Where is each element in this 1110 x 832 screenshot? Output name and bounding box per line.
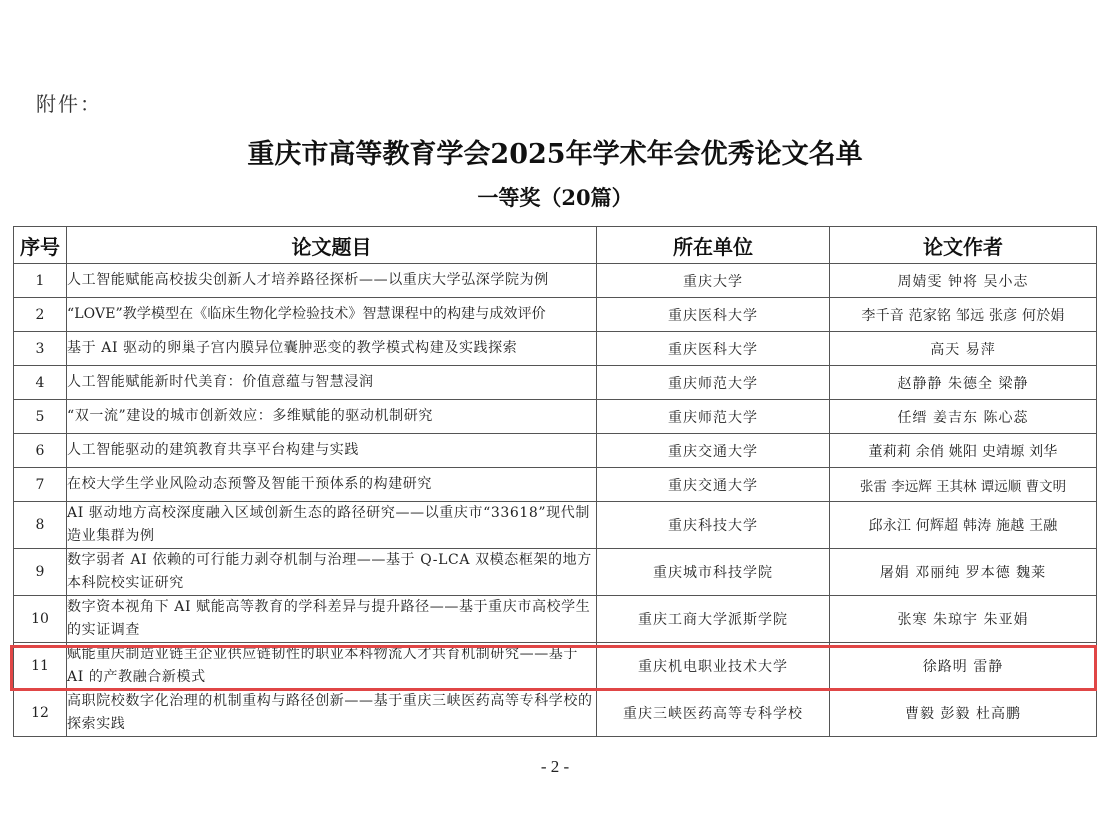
row-authors: 周婧雯 钟将 吴小志 — [830, 264, 1097, 298]
award-papers-table: 序号 论文题目 所在单位 论文作者 1 人工智能赋能高校拔尖创新人才培养路径探析… — [13, 226, 1097, 737]
row-institution: 重庆师范大学 — [597, 366, 830, 400]
row-serial-number: 7 — [14, 468, 67, 502]
award-category-subtitle: 一等奖（20篇） — [0, 182, 1110, 212]
row-paper-title: 数字资本视角下 AI 赋能高等教育的学科差异与提升路径——基于重庆市高校学生的实… — [67, 596, 597, 643]
row-serial-number: 11 — [14, 643, 67, 690]
table-row: 9 数字弱者 AI 依赖的可行能力剥夺机制与治理——基于 Q-LCA 双模态框架… — [14, 549, 1097, 596]
row-serial-number: 12 — [14, 690, 67, 737]
row-paper-title: AI 驱动地方高校深度融入区域创新生态的路径研究——以重庆市“33618”现代制… — [67, 502, 597, 549]
table-row: 12 高职院校数字化治理的机制重构与路径创新——基于重庆三峡医药高等专科学校的探… — [14, 690, 1097, 737]
row-authors: 高天 易萍 — [830, 332, 1097, 366]
row-authors: 赵静静 朱德全 梁静 — [830, 366, 1097, 400]
row-paper-title: “双一流”建设的城市创新效应：多维赋能的驱动机制研究 — [67, 400, 597, 434]
document-title: 重庆市高等教育学会2025年学术年会优秀论文名单 — [0, 132, 1110, 171]
row-institution: 重庆机电职业技术大学 — [597, 643, 830, 690]
row-authors: 董莉莉 余俏 姚阳 史靖塬 刘华 — [830, 434, 1097, 468]
table-row: 2 “LOVE”教学模型在《临床生物化学检验技术》智慧课程中的构建与成效评价 重… — [14, 298, 1097, 332]
attachment-label: 附件： — [36, 88, 102, 117]
row-institution: 重庆大学 — [597, 264, 830, 298]
row-serial-number: 5 — [14, 400, 67, 434]
row-authors: 任缙 姜吉东 陈心蕊 — [830, 400, 1097, 434]
row-serial-number: 10 — [14, 596, 67, 643]
row-authors: 李千音 范家铭 邹远 张彦 何於娟 — [830, 298, 1097, 332]
page-number: - 2 - — [0, 757, 1110, 777]
table-row: 3 基于 AI 驱动的卵巢子宫内膜异位囊肿恶变的教学模式构建及实践探索 重庆医科… — [14, 332, 1097, 366]
row-paper-title: 数字弱者 AI 依赖的可行能力剥夺机制与治理——基于 Q-LCA 双模态框架的地… — [67, 549, 597, 596]
table-row: 7 在校大学生学业风险动态预警及智能干预体系的构建研究 重庆交通大学 张雷 李远… — [14, 468, 1097, 502]
row-serial-number: 3 — [14, 332, 67, 366]
row-institution: 重庆三峡医药高等专科学校 — [597, 690, 830, 737]
table-row-highlighted: 11 赋能重庆制造业链主企业供应链韧性的职业本科物流人才共育机制研究——基于 A… — [14, 643, 1097, 690]
row-paper-title: 在校大学生学业风险动态预警及智能干预体系的构建研究 — [67, 468, 597, 502]
table-row: 6 人工智能驱动的建筑教育共享平台构建与实践 重庆交通大学 董莉莉 余俏 姚阳 … — [14, 434, 1097, 468]
header-institution: 所在单位 — [597, 227, 830, 264]
row-authors: 邱永江 何辉超 韩涛 施越 王融 — [830, 502, 1097, 549]
row-serial-number: 9 — [14, 549, 67, 596]
row-serial-number: 6 — [14, 434, 67, 468]
row-paper-title: 人工智能驱动的建筑教育共享平台构建与实践 — [67, 434, 597, 468]
row-paper-title: 基于 AI 驱动的卵巢子宫内膜异位囊肿恶变的教学模式构建及实践探索 — [67, 332, 597, 366]
row-institution: 重庆交通大学 — [597, 468, 830, 502]
row-paper-title: “LOVE”教学模型在《临床生物化学检验技术》智慧课程中的构建与成效评价 — [67, 298, 597, 332]
row-institution: 重庆城市科技学院 — [597, 549, 830, 596]
row-paper-title: 人工智能赋能新时代美育：价值意蕴与智慧浸润 — [67, 366, 597, 400]
row-serial-number: 8 — [14, 502, 67, 549]
row-serial-number: 1 — [14, 264, 67, 298]
row-institution: 重庆交通大学 — [597, 434, 830, 468]
table-row: 5 “双一流”建设的城市创新效应：多维赋能的驱动机制研究 重庆师范大学 任缙 姜… — [14, 400, 1097, 434]
table-row: 4 人工智能赋能新时代美育：价值意蕴与智慧浸润 重庆师范大学 赵静静 朱德全 梁… — [14, 366, 1097, 400]
table-row: 10 数字资本视角下 AI 赋能高等教育的学科差异与提升路径——基于重庆市高校学… — [14, 596, 1097, 643]
row-serial-number: 4 — [14, 366, 67, 400]
row-institution: 重庆工商大学派斯学院 — [597, 596, 830, 643]
header-serial-number: 序号 — [14, 227, 67, 264]
table-row: 1 人工智能赋能高校拔尖创新人才培养路径探析——以重庆大学弘深学院为例 重庆大学… — [14, 264, 1097, 298]
row-serial-number: 2 — [14, 298, 67, 332]
header-authors: 论文作者 — [830, 227, 1097, 264]
table-header-row: 序号 论文题目 所在单位 论文作者 — [14, 227, 1097, 264]
table-row: 8 AI 驱动地方高校深度融入区域创新生态的路径研究——以重庆市“33618”现… — [14, 502, 1097, 549]
row-institution: 重庆医科大学 — [597, 298, 830, 332]
row-authors: 曹毅 彭毅 杜高鹏 — [830, 690, 1097, 737]
row-authors: 徐路明 雷静 — [830, 643, 1097, 690]
row-institution: 重庆科技大学 — [597, 502, 830, 549]
row-paper-title: 赋能重庆制造业链主企业供应链韧性的职业本科物流人才共育机制研究——基于 AI 的… — [67, 643, 597, 690]
header-paper-title: 论文题目 — [67, 227, 597, 264]
row-authors: 张寒 朱琼宇 朱亚娟 — [830, 596, 1097, 643]
row-paper-title: 人工智能赋能高校拔尖创新人才培养路径探析——以重庆大学弘深学院为例 — [67, 264, 597, 298]
row-institution: 重庆医科大学 — [597, 332, 830, 366]
row-authors: 张雷 李远辉 王其林 谭远顺 曹文明 — [830, 468, 1097, 502]
row-paper-title: 高职院校数字化治理的机制重构与路径创新——基于重庆三峡医药高等专科学校的探索实践 — [67, 690, 597, 737]
row-authors: 屠娟 邓丽纯 罗本德 魏莱 — [830, 549, 1097, 596]
row-institution: 重庆师范大学 — [597, 400, 830, 434]
